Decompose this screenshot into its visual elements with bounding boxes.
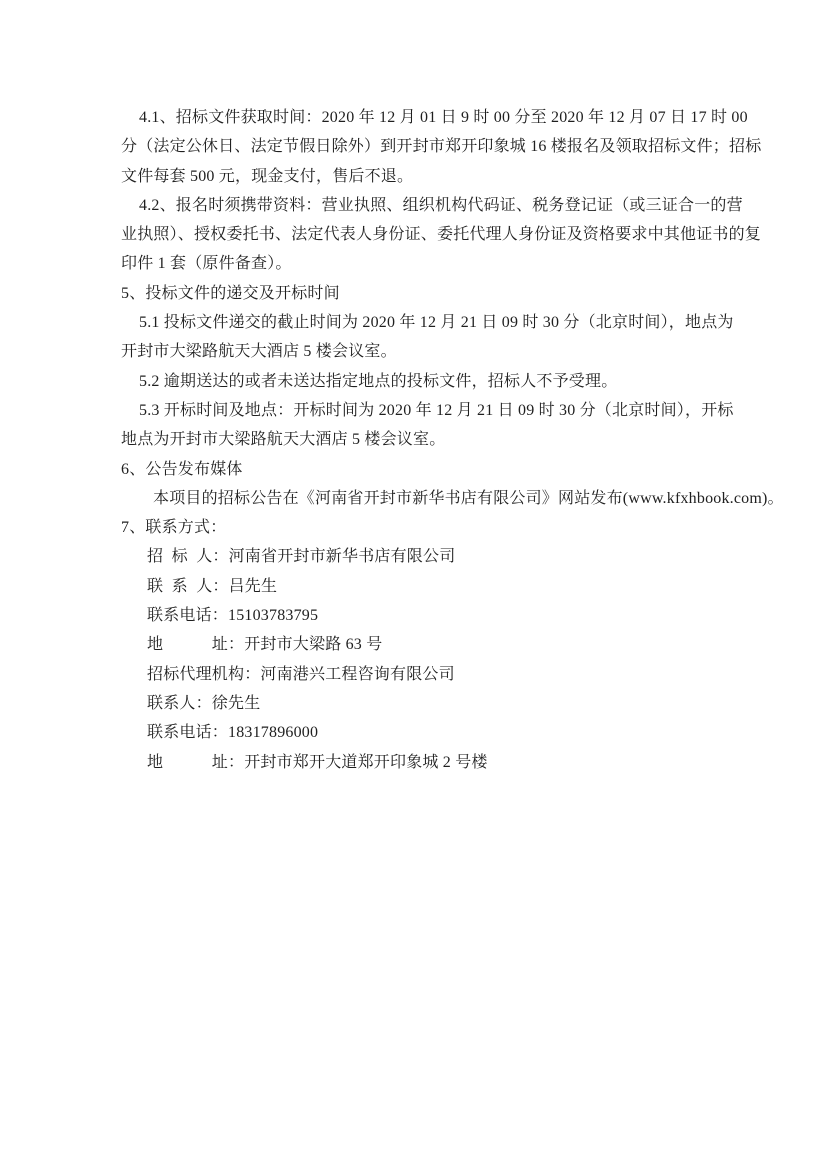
para-4-1-line-3: 文件每套 500 元，现金支付，售后不退。	[121, 162, 713, 191]
heading-section-5: 5、投标文件的递交及开标时间	[121, 279, 713, 308]
agency-contact-person: 联系人：徐先生	[121, 689, 713, 718]
para-4-2-line-2: 业执照）、授权委托书、法定代表人身份证、委托代理人身份证及资格要求中其他证书的复	[121, 220, 713, 249]
document-page: 4.1、招标文件获取时间：2020 年 12 月 01 日 9 时 00 分至 …	[0, 0, 827, 1169]
contact-person: 联 系 人：吕先生	[121, 572, 713, 601]
para-announcement-site: 本项目的招标公告在《河南省开封市新华书店有限公司》网站发布(www.kfxhbo…	[121, 484, 713, 513]
para-4-1-line-1: 4.1、招标文件获取时间：2020 年 12 月 01 日 9 时 00 分至 …	[121, 103, 713, 132]
para-5-1-line-2: 开封市大梁路航天大酒店 5 楼会议室。	[121, 337, 713, 366]
agency-contact-phone: 联系电话：18317896000	[121, 718, 713, 747]
heading-section-7: 7、联系方式：	[121, 513, 713, 542]
para-5-3-line-1: 5.3 开标时间及地点：开标时间为 2020 年 12 月 21 日 09 时 …	[121, 396, 713, 425]
para-5-3-line-2: 地点为开封市大梁路航天大酒店 5 楼会议室。	[121, 425, 713, 454]
contact-tenderer: 招 标 人：河南省开封市新华书店有限公司	[121, 542, 713, 571]
document-body: 4.1、招标文件获取时间：2020 年 12 月 01 日 9 时 00 分至 …	[121, 103, 713, 777]
para-4-2-line-3: 印件 1 套（原件备查）。	[121, 249, 713, 278]
para-5-1-line-1: 5.1 投标文件递交的截止时间为 2020 年 12 月 21 日 09 时 3…	[121, 308, 713, 337]
contact-agency: 招标代理机构：河南港兴工程咨询有限公司	[121, 660, 713, 689]
para-5-2: 5.2 逾期送达的或者未送达指定地点的投标文件，招标人不予受理。	[121, 367, 713, 396]
para-4-1-line-2: 分（法定公休日、法定节假日除外）到开封市郑开印象城 16 楼报名及领取招标文件；…	[121, 132, 713, 161]
para-4-2-line-1: 4.2、报名时须携带资料：营业执照、组织机构代码证、税务登记证（或三证合一的营	[121, 191, 713, 220]
contact-phone: 联系电话：15103783795	[121, 601, 713, 630]
agency-contact-address: 地 址：开封市郑开大道郑开印象城 2 号楼	[121, 748, 713, 777]
contact-address: 地 址：开封市大梁路 63 号	[121, 630, 713, 659]
heading-section-6: 6、公告发布媒体	[121, 455, 713, 484]
